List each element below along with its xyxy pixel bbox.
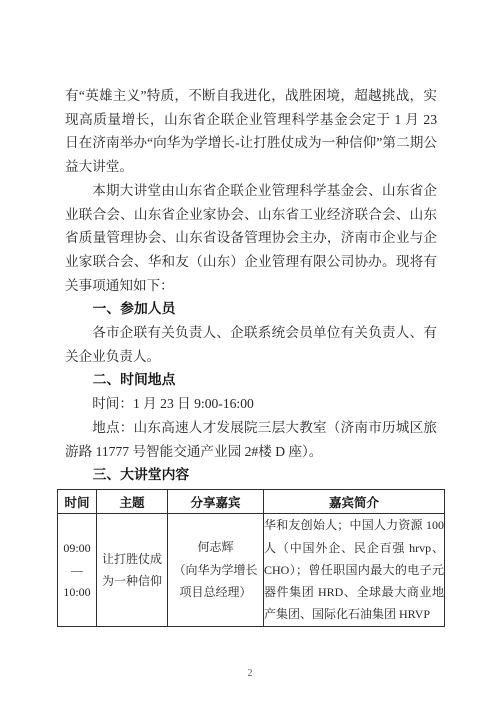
cell-session-topic: 让打胜仗成 为一种信仰: [97, 514, 168, 627]
section-heading-participants: 一、参加人员: [65, 297, 437, 321]
document-body: 有“英雄主义”特质，不断自我进化，战胜困境，超越挑战，实现高质量增长，山东省企联…: [65, 84, 437, 487]
section-heading-lecture-content: 三、大讲堂内容: [65, 463, 437, 487]
paragraph-intro-continued: 有“英雄主义”特质，不断自我进化，战胜困境，超越挑战，实现高质量增长，山东省企联…: [65, 84, 437, 179]
section-heading-time-place: 二、时间地点: [65, 368, 437, 392]
table-header-speaker: 分享嘉宾: [168, 490, 264, 514]
table-header-time: 时间: [58, 490, 97, 514]
cell-session-speaker: 何志辉 （向华为学增长 项目总经理）: [168, 514, 264, 627]
paragraph-location: 地点：山东高速人才发展院三层大教室（济南市历城区旅游路 11777 号智能交通产…: [65, 416, 437, 463]
paragraph-organizers: 本期大讲堂由山东省企联企业管理科学基金会、山东省企业联合会、山东省企业家协会、山…: [65, 179, 437, 298]
cell-guest-intro: 华和友创始人；中国人力资源 100 人（中国外企、民企百强 hrvp、CHO）；…: [264, 514, 445, 627]
table-header-guest-intro: 嘉宾简介: [264, 490, 445, 514]
schedule-table-row: 09:00 — 10:00 让打胜仗成 为一种信仰 何志辉 （向华为学增长 项目…: [58, 514, 445, 627]
schedule-table: 时间 主题 分享嘉宾 嘉宾简介 09:00 — 10:00 让打胜仗成 为一种信…: [57, 489, 445, 627]
paragraph-time: 时间：1 月 23 日 9:00-16:00: [65, 392, 437, 416]
document-page: 有“英雄主义”特质，不断自我进化，战胜困境，超越挑战，实现高质量增长，山东省企联…: [0, 0, 500, 706]
cell-session-time: 09:00 — 10:00: [58, 514, 97, 627]
paragraph-participants: 各市企联有关负责人、企联系统会员单位有关负责人、有关企业负责人。: [65, 321, 437, 368]
schedule-table-header-row: 时间 主题 分享嘉宾 嘉宾简介: [58, 490, 445, 514]
page-number: 2: [0, 668, 500, 679]
table-header-topic: 主题: [97, 490, 168, 514]
